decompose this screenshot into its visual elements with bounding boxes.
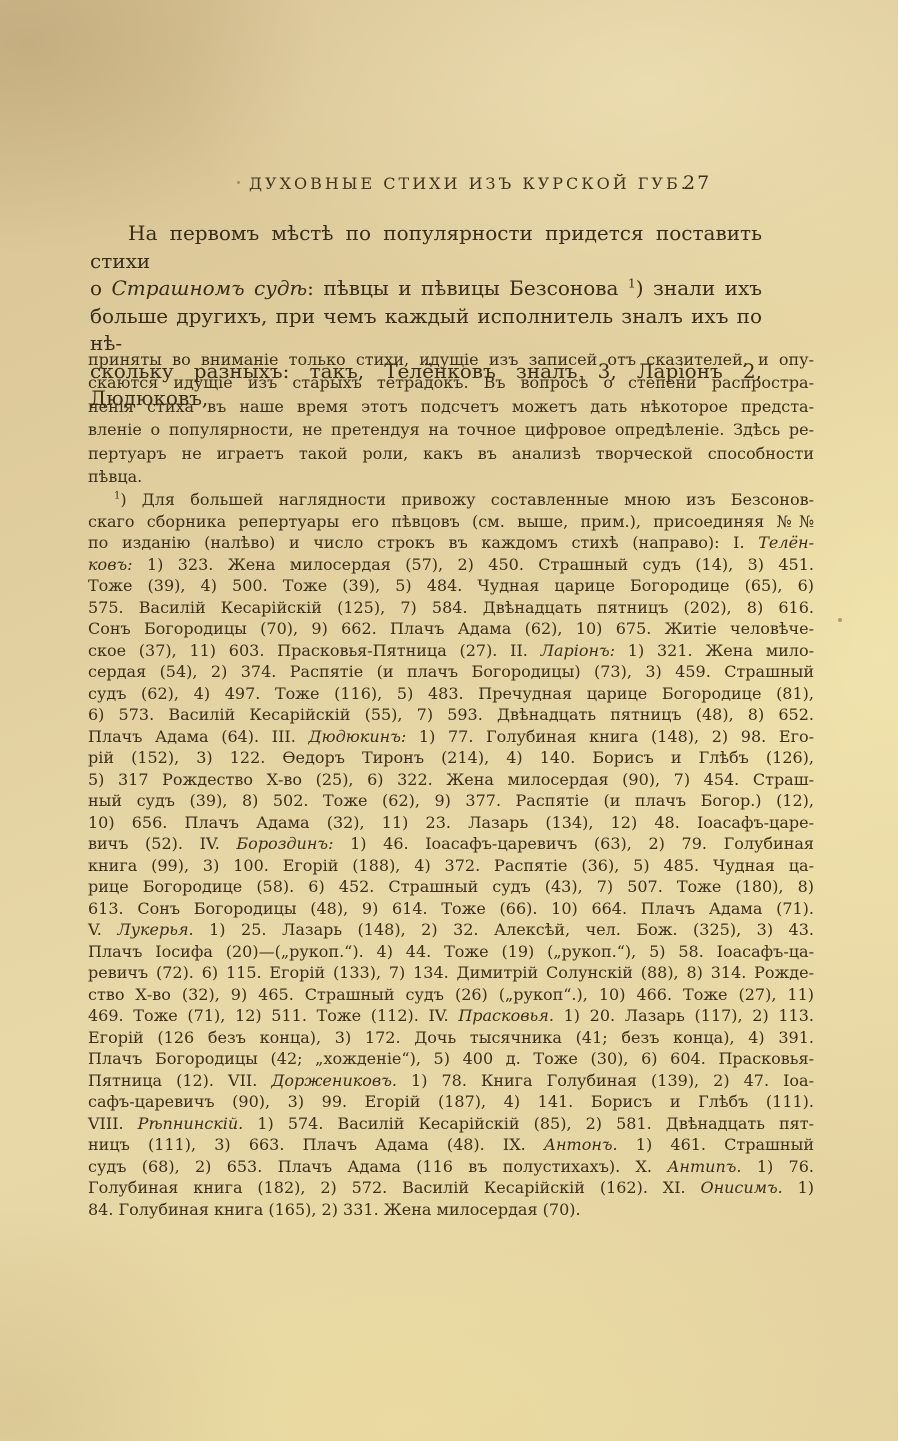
text-line: ревичъ (72). 6) 115. Егорій (133), 7) 13… — [88, 962, 814, 984]
text-line: Тоже (39), 4) 500. Тоже (39), 5) 484. Чу… — [88, 575, 814, 597]
text-line: судъ (68), 2) 653. Плачъ Адама (116 въ п… — [88, 1156, 814, 1178]
text-line: ковъ: 1) 323. Жена милосердая (57), 2) 4… — [88, 554, 814, 576]
text-line: Пятница (12). VII. Доржениковъ. 1) 78. К… — [88, 1070, 814, 1092]
text-line: приняты во вниманіе только стихи, идущіе… — [88, 348, 814, 371]
text-line: скаются идущіе изъ старыхъ тетрадокъ. Въ… — [88, 371, 814, 394]
text-line: 84. Голубиная книга (165), 2) 331. Жена … — [88, 1199, 814, 1221]
text-line: ницъ (111), 3) 663. Плачъ Адама (48). IX… — [88, 1134, 814, 1156]
text-line: V. Лукерья. 1) 25. Лазарь (148), 2) 32. … — [88, 919, 814, 941]
text-line: пертуаръ не играетъ такой роли, какъ въ … — [88, 442, 814, 465]
text-line: книга (99), 3) 100. Егорій (188), 4) 372… — [88, 855, 814, 877]
text-line: вленіе о популярности, не претендуя на т… — [88, 418, 814, 441]
text-line: 10) 656. Плачъ Адама (32), 11) 23. Лазар… — [88, 812, 814, 834]
text-line: сердая (54), 2) 374. Распятіе (и плачъ Б… — [88, 661, 814, 683]
text-line: VIII. Рѣпнинскій. 1) 574. Василій Кесарі… — [88, 1113, 814, 1135]
text-line: Сонъ Богородицы (70), 9) 662. Плачъ Адам… — [88, 618, 814, 640]
footnote-continuation: приняты во вниманіе только стихи, идущіе… — [88, 348, 814, 488]
text-line: Плачъ Богородицы (42; „хожденіе“), 5) 40… — [88, 1048, 814, 1070]
text-line: судъ (62), 4) 497. Тоже (116), 5) 483. П… — [88, 683, 814, 705]
text-line: по изданію (налѣво) и число строкъ въ ка… — [88, 532, 814, 554]
text-line: пѣвца. — [88, 465, 814, 488]
text-line: сафъ-царевичъ (90), 3) 99. Егорій (187),… — [88, 1091, 814, 1113]
text-line: Голубиная книга (182), 2) 572. Василій К… — [88, 1177, 814, 1199]
text-line: Плачъ Іосифа (20)—(„рукоп.“). 4) 44. Тож… — [88, 941, 814, 963]
page-header-title: ДУХОВНЫЕ СТИХИ ИЗЪ КУРСКОЙ ГУБ. — [249, 174, 689, 193]
text-line: 5) 317 Рождество Х-во (25), 6) 322. Жена… — [88, 769, 814, 791]
footnote-1: 1) Для большей наглядности привожу соста… — [88, 489, 814, 1220]
paper-speck — [838, 618, 842, 622]
text-line: ство Х-во (32), 9) 465. Страшный судъ (2… — [88, 984, 814, 1006]
text-line: рице Богородице (58). 6) 452. Страшный с… — [88, 876, 814, 898]
text-line: На первомъ мѣстѣ по популярности придетс… — [90, 220, 762, 275]
text-line: скаго сборника репертуары его пѣвцовъ (с… — [88, 511, 814, 533]
page-number: 27 — [683, 172, 711, 194]
text-line: 613. Сонъ Богородицы (48), 9) 614. Тоже … — [88, 898, 814, 920]
text-line: Плачъ Адама (64). III. Дюдюкинъ: 1) 77. … — [88, 726, 814, 748]
running-head: ДУХОВНЫЕ СТИХИ ИЗЪ КУРСКОЙ ГУБ. 27 — [0, 172, 898, 200]
text-line: 1) Для большей наглядности привожу соста… — [88, 489, 814, 511]
text-line: ный судъ (39), 8) 502. Тоже (62), 9) 377… — [88, 790, 814, 812]
text-line: ненія стиха въ наше время этотъ подсчетъ… — [88, 395, 814, 418]
text-line: рій (152), 3) 122. Ѳедоръ Тиронъ (214), … — [88, 747, 814, 769]
text-line: ское (37), 11) 603. Прасковья-Пятница (2… — [88, 640, 814, 662]
text-line: 575. Василій Кесарійскій (125), 7) 584. … — [88, 597, 814, 619]
text-line: о Страшномъ судѣ: пѣвцы и пѣвицы Безсоно… — [90, 275, 762, 303]
text-line: 6) 573. Василій Кесарійскій (55), 7) 593… — [88, 704, 814, 726]
text-line: Егорій (126 безъ конца), 3) 172. Дочь ты… — [88, 1027, 814, 1049]
text-line: 469. Тоже (71), 12) 511. Тоже (112). IV.… — [88, 1005, 814, 1027]
text-line: вичъ (52). IV. Бороздинъ: 1) 46. Іоасафъ… — [88, 833, 814, 855]
scanned-book-page: ДУХОВНЫЕ СТИХИ ИЗЪ КУРСКОЙ ГУБ. 27 На пе… — [0, 0, 898, 1441]
